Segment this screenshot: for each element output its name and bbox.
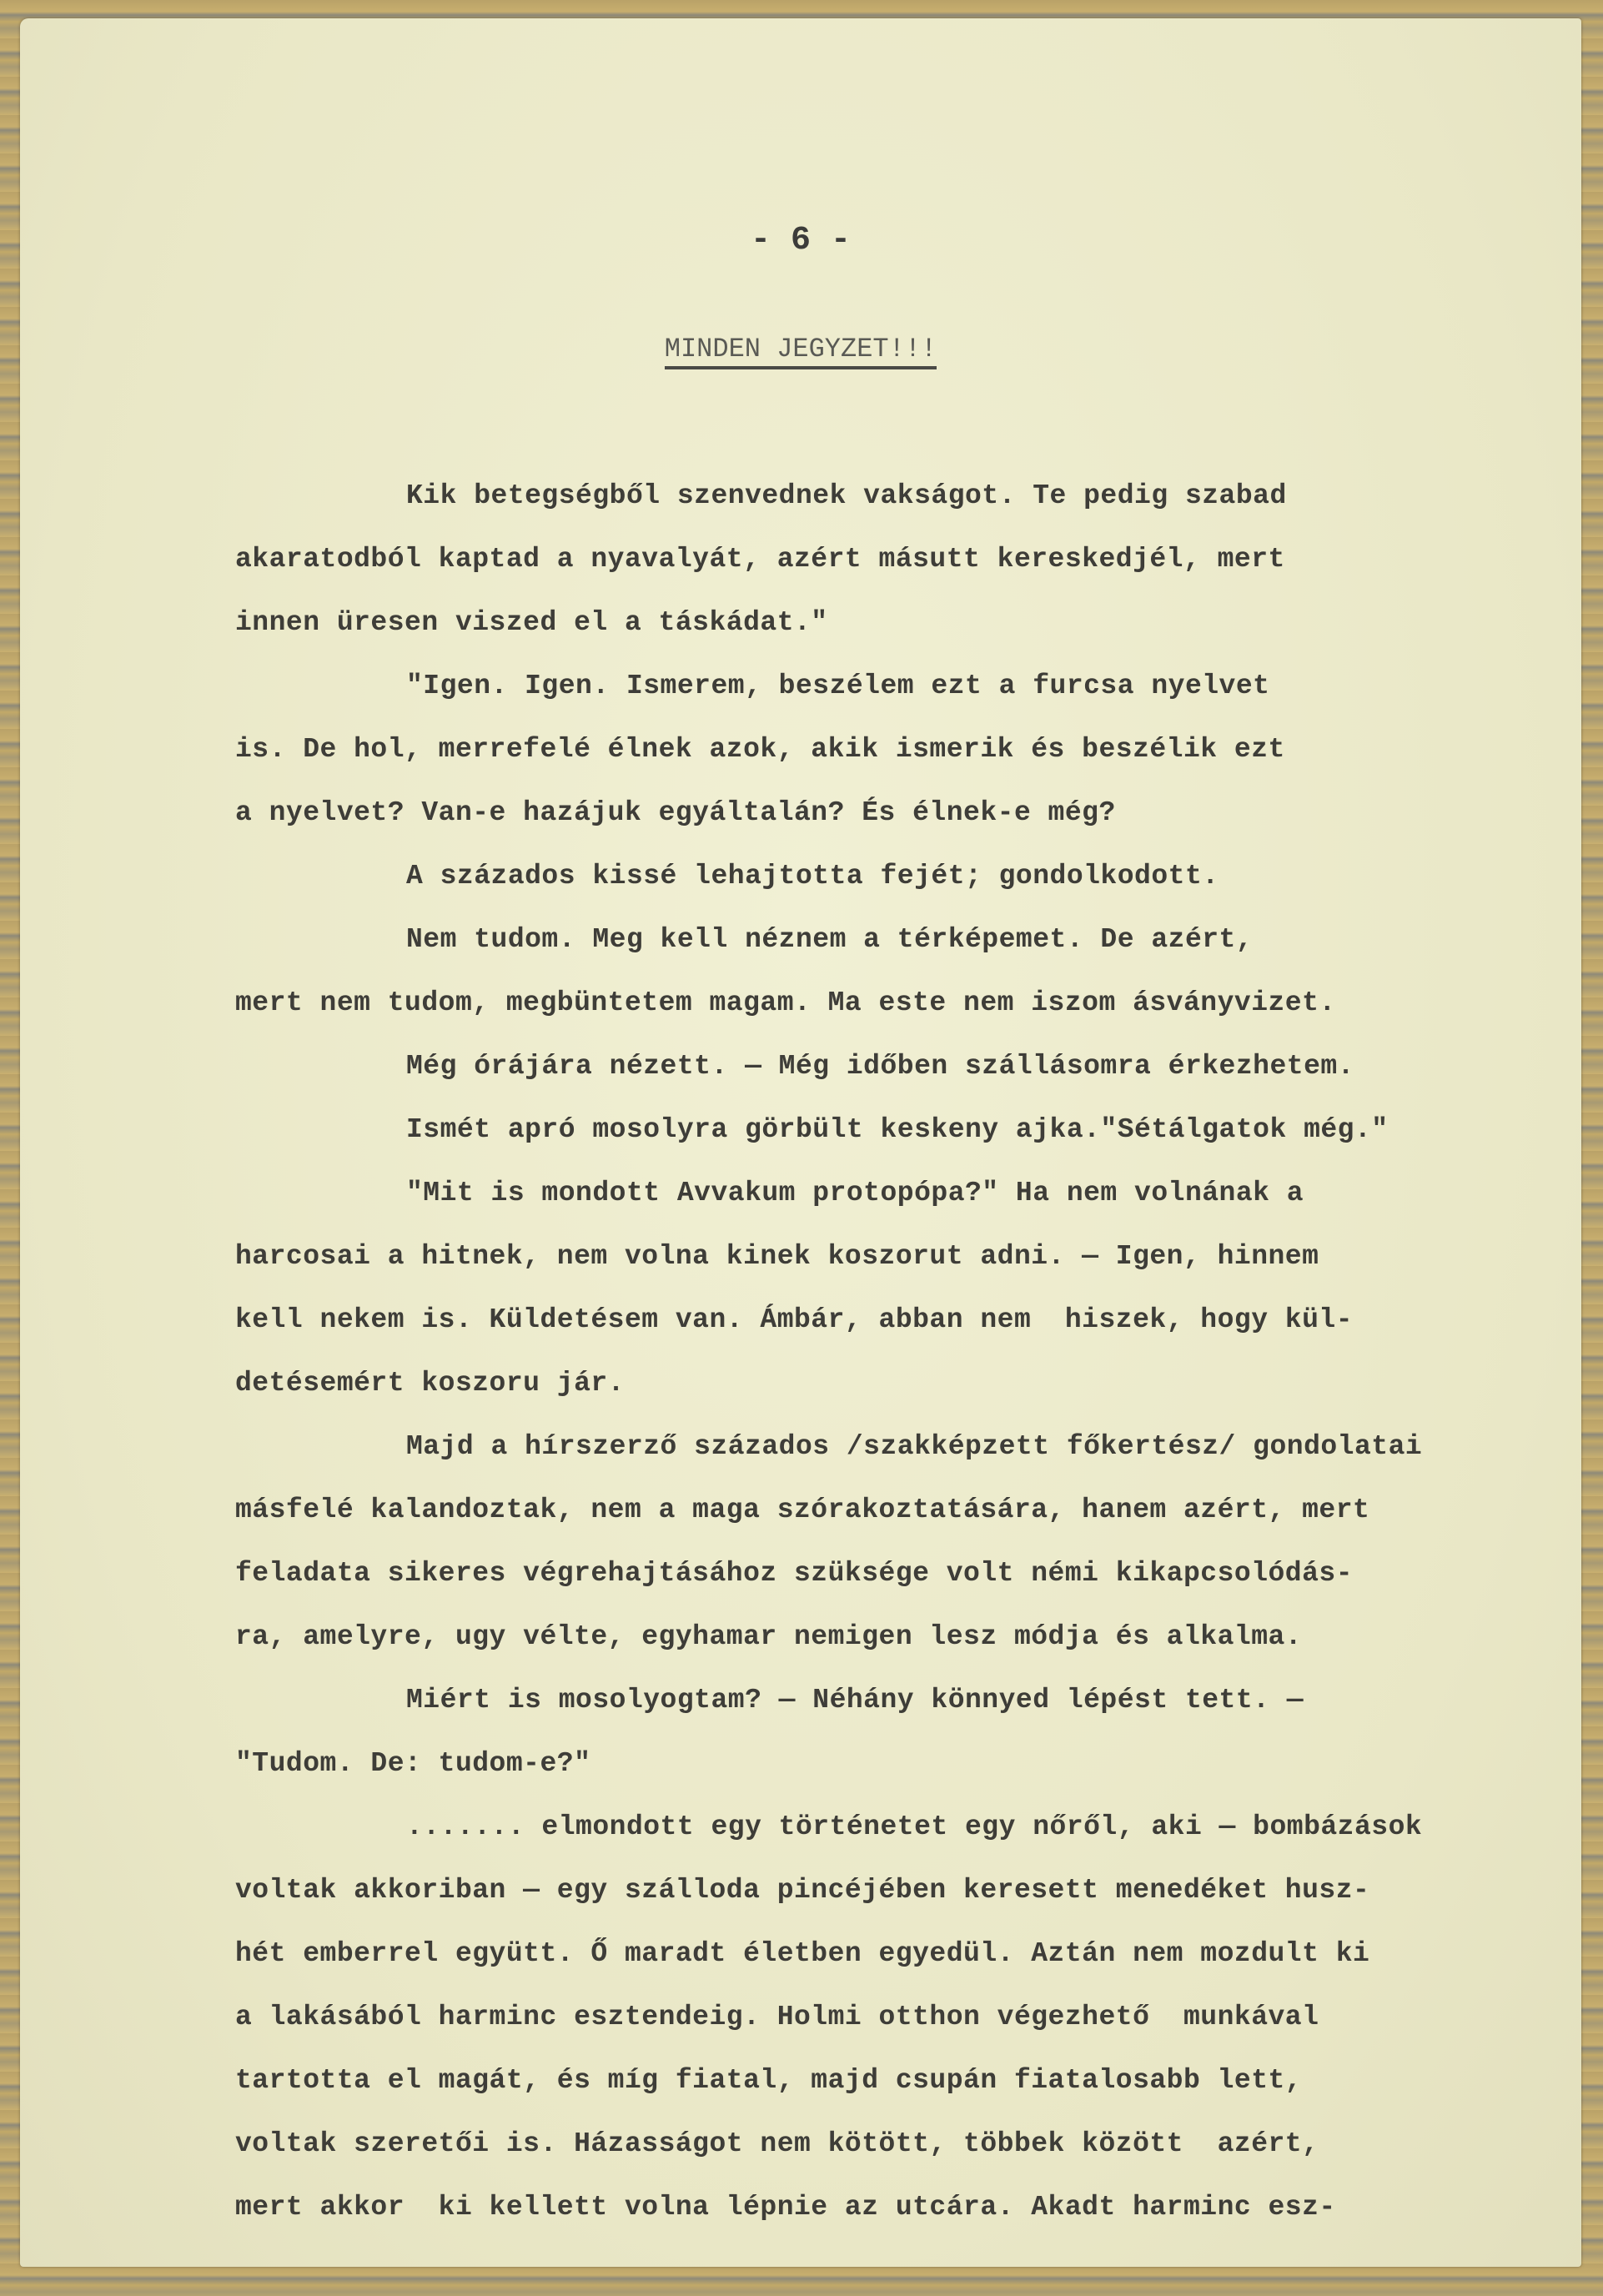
text-line: "Igen. Igen. Ismerem, beszélem ezt a fur… (235, 655, 1561, 718)
text-line: innen üresen viszed el a táskádat." (235, 591, 1561, 655)
text-line: hét emberrel együtt. Ő maradt életben eg… (235, 1922, 1561, 1986)
text-line: feladata sikeres végrehajtásához szükség… (235, 1542, 1561, 1605)
text-line: "Tudom. De: tudom-e?" (235, 1732, 1561, 1796)
text-line: harcosai a hitnek, nem volna kinek koszo… (235, 1225, 1561, 1289)
text-line: mert akkor ki kellett volna lépnie az ut… (235, 2176, 1561, 2239)
body-text: Kik betegségből szenvednek vakságot. Te … (235, 465, 1561, 2239)
text-line: mert nem tudom, megbüntetem magam. Ma es… (235, 972, 1561, 1035)
page-number: - 6 - (20, 222, 1581, 259)
text-line: Még órájára nézett. — Még időben szállás… (235, 1035, 1561, 1098)
text-line: másfelé kalandoztak, nem a maga szórakoz… (235, 1479, 1561, 1542)
text-line: Ismét apró mosolyra görbült keskeny ajka… (235, 1098, 1561, 1162)
text-line: akaratodból kaptad a nyavalyát, azért má… (235, 528, 1561, 591)
text-line: detésemért koszoru jár. (235, 1352, 1561, 1415)
typewritten-page: - 6 - MINDEN JEGYZET!!! Kik betegségből … (20, 18, 1581, 2267)
text-line: Miért is mosolyogtam? — Néhány könnyed l… (235, 1669, 1561, 1732)
text-line: Kik betegségből szenvednek vakságot. Te … (235, 465, 1561, 528)
text-line: ra, amelyre, ugy vélte, egyhamar nemigen… (235, 1605, 1561, 1669)
text-line: is. De hol, merrefelé élnek azok, akik i… (235, 718, 1561, 781)
text-line: tartotta el magát, és míg fiatal, majd c… (235, 2049, 1561, 2113)
text-line: a nyelvet? Van-e hazájuk egyáltalán? És … (235, 781, 1561, 845)
text-line: a lakásából harminc esztendeig. Holmi ot… (235, 1986, 1561, 2049)
title-text: MINDEN JEGYZET!!! (665, 334, 937, 369)
text-line: voltak akkoriban — egy szálloda pincéjéb… (235, 1859, 1561, 1922)
text-line: "Mit is mondott Avvakum protopópa?" Ha n… (235, 1162, 1561, 1225)
text-line: Majd a hírszerző százados /szakképzett f… (235, 1415, 1561, 1479)
text-line: A százados kissé lehajtotta fejét; gondo… (235, 845, 1561, 908)
text-line: Nem tudom. Meg kell néznem a térképemet.… (235, 908, 1561, 972)
page-title: MINDEN JEGYZET!!! (20, 334, 1581, 364)
text-line: voltak szeretői is. Házasságot nem kötöt… (235, 2113, 1561, 2176)
text-line: kell nekem is. Küldetésem van. Ámbár, ab… (235, 1289, 1561, 1352)
text-line: ....... elmondott egy történetet egy nőr… (235, 1796, 1561, 1859)
